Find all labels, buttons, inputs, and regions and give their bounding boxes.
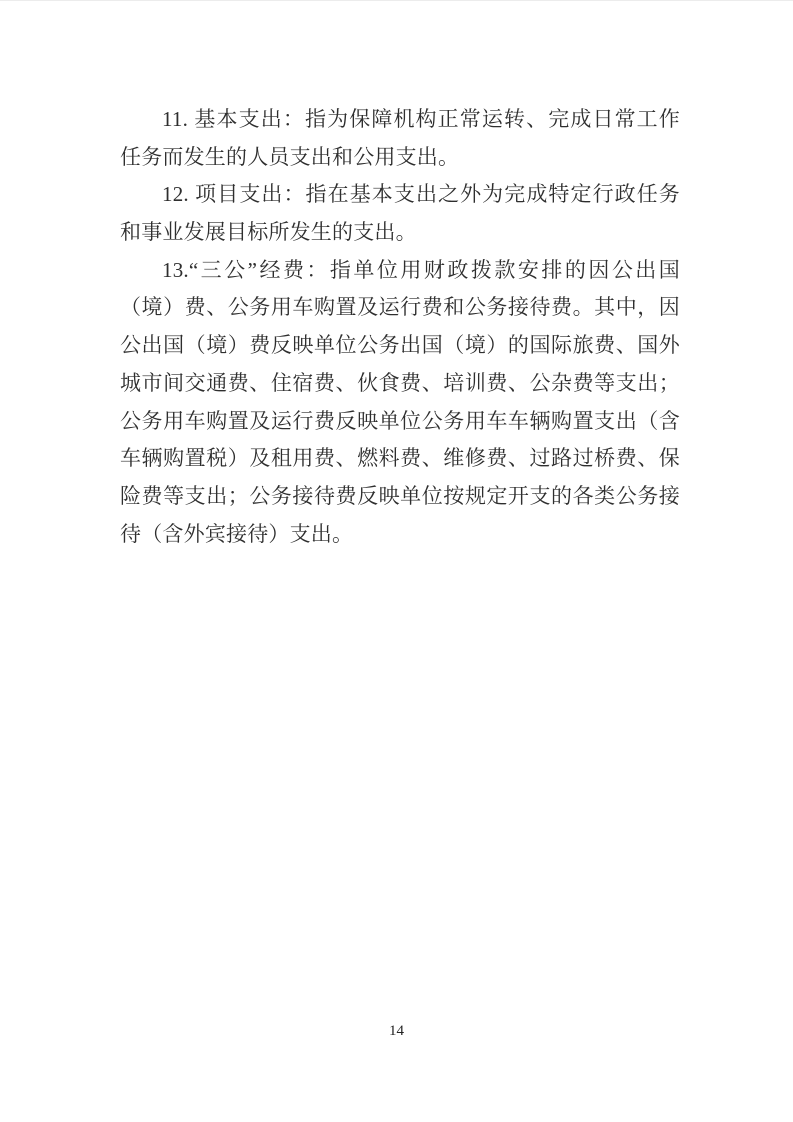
- text-line: 11. 基本支出：指为保障机构正常运转、完成日常工作: [120, 101, 680, 139]
- page-number: 14: [389, 1022, 404, 1040]
- paragraph-item-11-basic-expenditure: 11. 基本支出：指为保障机构正常运转、完成日常工作任务而发生的人员支出和公用支…: [120, 101, 680, 176]
- document-page: 11. 基本支出：指为保障机构正常运转、完成日常工作任务而发生的人员支出和公用支…: [0, 0, 793, 1122]
- text-line: 公务用车购置及运行费反映单位公务用车车辆购置支出（含: [120, 403, 680, 441]
- page-footer: 14: [0, 1022, 793, 1040]
- text-line: 公出国（境）费反映单位公务出国（境）的国际旅费、国外: [120, 327, 680, 365]
- document-body: 11. 基本支出：指为保障机构正常运转、完成日常工作任务而发生的人员支出和公用支…: [120, 101, 680, 553]
- text-line: 待（含外宾接待）支出。: [120, 516, 680, 554]
- text-line: 车辆购置税）及租用费、燃料费、维修费、过路过桥费、保: [120, 440, 680, 478]
- text-line: 和事业发展目标所发生的支出。: [120, 214, 680, 252]
- text-line: 城市间交通费、住宿费、伙食费、培训费、公杂费等支出；: [120, 365, 680, 403]
- text-line: （境）费、公务用车购置及运行费和公务接待费。其中，因: [120, 289, 680, 327]
- paragraph-item-13-three-public-funds: 13.“三公”经费：指单位用财政拨款安排的因公出国（境）费、公务用车购置及运行费…: [120, 252, 680, 554]
- text-line: 险费等支出；公务接待费反映单位按规定开支的各类公务接: [120, 478, 680, 516]
- text-line: 12. 项目支出：指在基本支出之外为完成特定行政任务: [120, 176, 680, 214]
- paragraph-item-12-project-expenditure: 12. 项目支出：指在基本支出之外为完成特定行政任务和事业发展目标所发生的支出。: [120, 176, 680, 251]
- text-line: 任务而发生的人员支出和公用支出。: [120, 139, 680, 177]
- text-line: 13.“三公”经费：指单位用财政拨款安排的因公出国: [120, 252, 680, 290]
